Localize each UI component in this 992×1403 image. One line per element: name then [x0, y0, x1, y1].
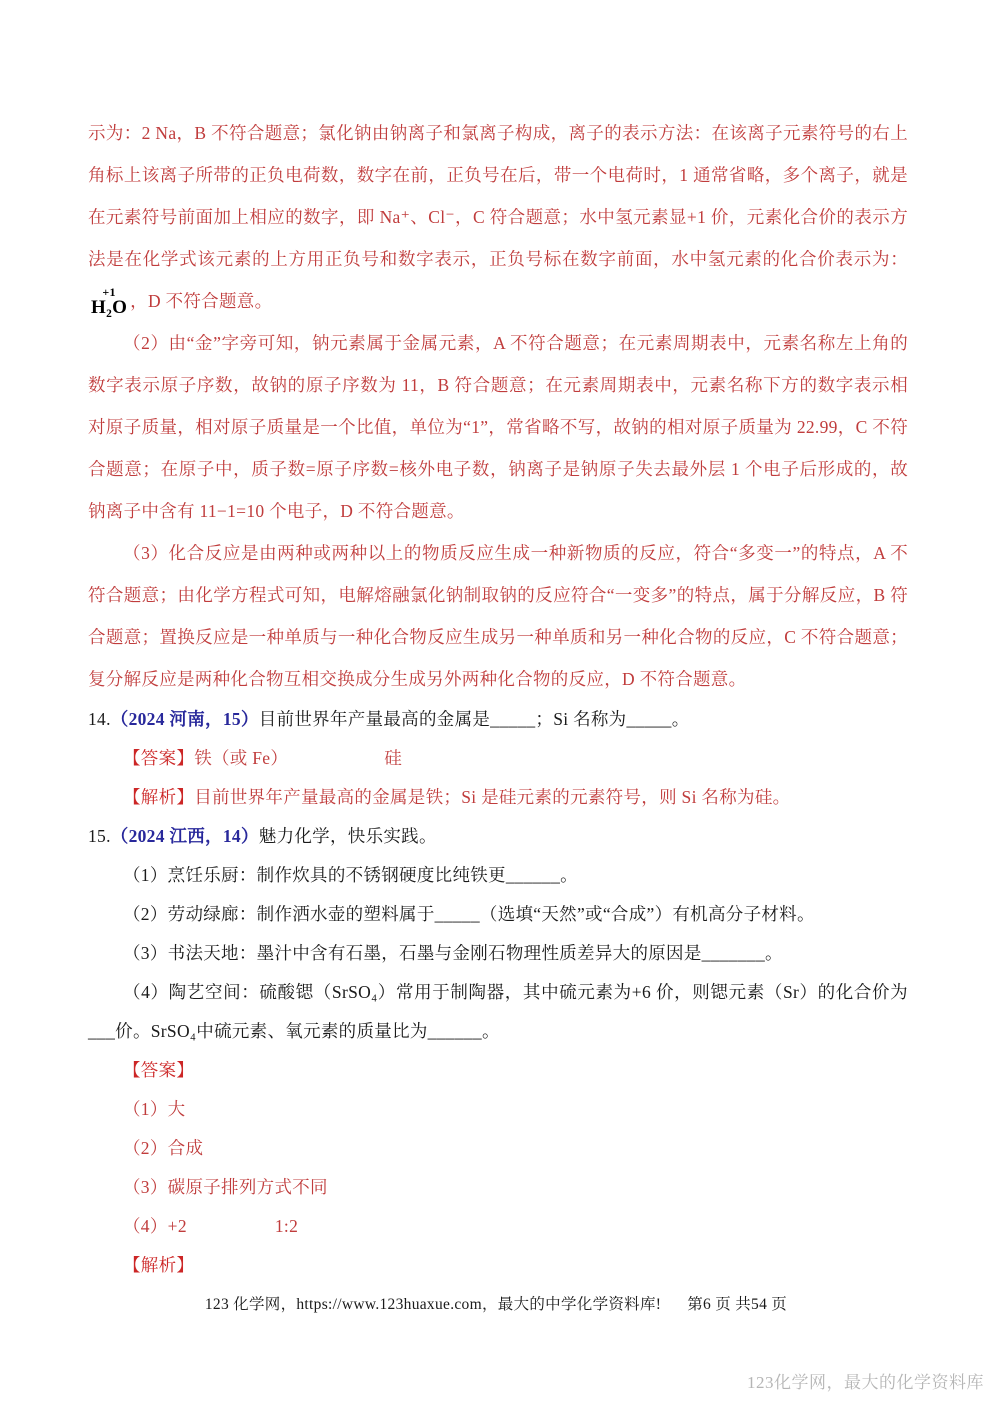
watermark-text: 123化学网，最大的化学资料库	[747, 1368, 984, 1393]
document-page: 示为：2 Na，B 不符合题意；氯化钠由钠离子和氯离子构成，离子的表示方法：在该…	[0, 0, 992, 1403]
answer-label: 【答案】	[123, 748, 194, 768]
question-15-answer-label-line: 【答案】	[88, 1051, 908, 1090]
q15-answer-2: （2）合成	[88, 1129, 908, 1168]
q14-answer-metal: 铁（或 Fe）	[194, 748, 288, 768]
page-content: 示为：2 Na，B 不符合题意；氯化钠由钠离子和氯离子构成，离子的表示方法：在该…	[88, 112, 908, 1285]
question-15-source: （2024 江西，14）	[111, 826, 259, 846]
q15-answer-4-valence: （4）+2	[123, 1216, 187, 1236]
valence-formula-h2o: +1H₂O	[91, 286, 127, 318]
q15-answer-1: （1）大	[88, 1090, 908, 1129]
question-14-analysis-line: 【解析】目前世界年产量最高的金属是铁；Si 是硅元素的元素符号，则 Si 名称为…	[88, 778, 908, 817]
footer-site-text: 123 化学网，https://www.123huaxue.com，最大的中学化…	[205, 1296, 661, 1313]
question-14-source: （2024 河南，15）	[111, 709, 259, 729]
question-14-answer-line: 【答案】铁（或 Fe）硅	[88, 739, 908, 778]
q13-analysis-paragraph-1: 示为：2 Na，B 不符合题意；氯化钠由钠离子和氯离子构成，离子的表示方法：在该…	[88, 112, 908, 322]
page-footer: 123 化学网，https://www.123huaxue.com，最大的中学化…	[0, 1292, 992, 1314]
q13-analysis-text-after-formula: ，D 不符合题意。	[130, 291, 272, 311]
q13-analysis-text-before-formula: 示为：2 Na，B 不符合题意；氯化钠由钠离子和氯离子构成，离子的表示方法：在该…	[88, 123, 908, 269]
question-15-text: 魅力化学，快乐实践。	[259, 826, 437, 846]
answer-label: 【答案】	[123, 1060, 194, 1080]
formula-base: H₂O	[91, 298, 127, 318]
q13-analysis-paragraph-3: （3）化合反应是由两种或两种以上的物质反应生成一种新物质的反应，符合“多变一”的…	[88, 532, 908, 700]
question-14-text: 目前世界年产量最高的金属是_____；Si 名称为_____。	[259, 709, 690, 729]
q14-analysis-text: 目前世界年产量最高的金属是铁；Si 是硅元素的元素符号，则 Si 名称为硅。	[194, 787, 790, 807]
q14-answer-si: 硅	[384, 748, 402, 768]
question-15-number: 15.	[88, 826, 111, 846]
question-14-stem: 14.（2024 河南，15）目前世界年产量最高的金属是_____；Si 名称为…	[88, 700, 908, 739]
question-15-analysis-label-line: 【解析】	[88, 1246, 908, 1285]
q13-analysis-paragraph-2: （2）由“金”字旁可知，钠元素属于金属元素，A 不符合题意；在元素周期表中，元素…	[88, 322, 908, 532]
analysis-label: 【解析】	[123, 1255, 194, 1275]
question-15-stem: 15.（2024 江西，14）魅力化学，快乐实践。	[88, 817, 908, 856]
q15-answer-4: （4）+21:2	[88, 1207, 908, 1246]
q15-answer-3: （3）碳原子排列方式不同	[88, 1168, 908, 1207]
q15-answer-4-ratio: 1:2	[275, 1216, 298, 1236]
analysis-label: 【解析】	[123, 787, 194, 807]
page-number: 第6 页 共54 页	[687, 1296, 787, 1313]
question-15-item-2: （2）劳动绿廊：制作洒水壶的塑料属于_____（选填“天然”或“合成”）有机高分…	[88, 895, 908, 934]
question-15-item-3: （3）书法天地：墨汁中含有石墨，石墨与金刚石物理性质差异大的原因是_______…	[88, 934, 908, 973]
question-14-number: 14.	[88, 709, 111, 729]
question-15-item-1: （1）烹饪乐厨：制作炊具的不锈钢硬度比纯铁更______。	[88, 856, 908, 895]
question-15-item-4: （4）陶艺空间：硫酸锶（SrSO₄）常用于制陶器，其中硫元素为+6 价，则锶元素…	[88, 973, 908, 1051]
